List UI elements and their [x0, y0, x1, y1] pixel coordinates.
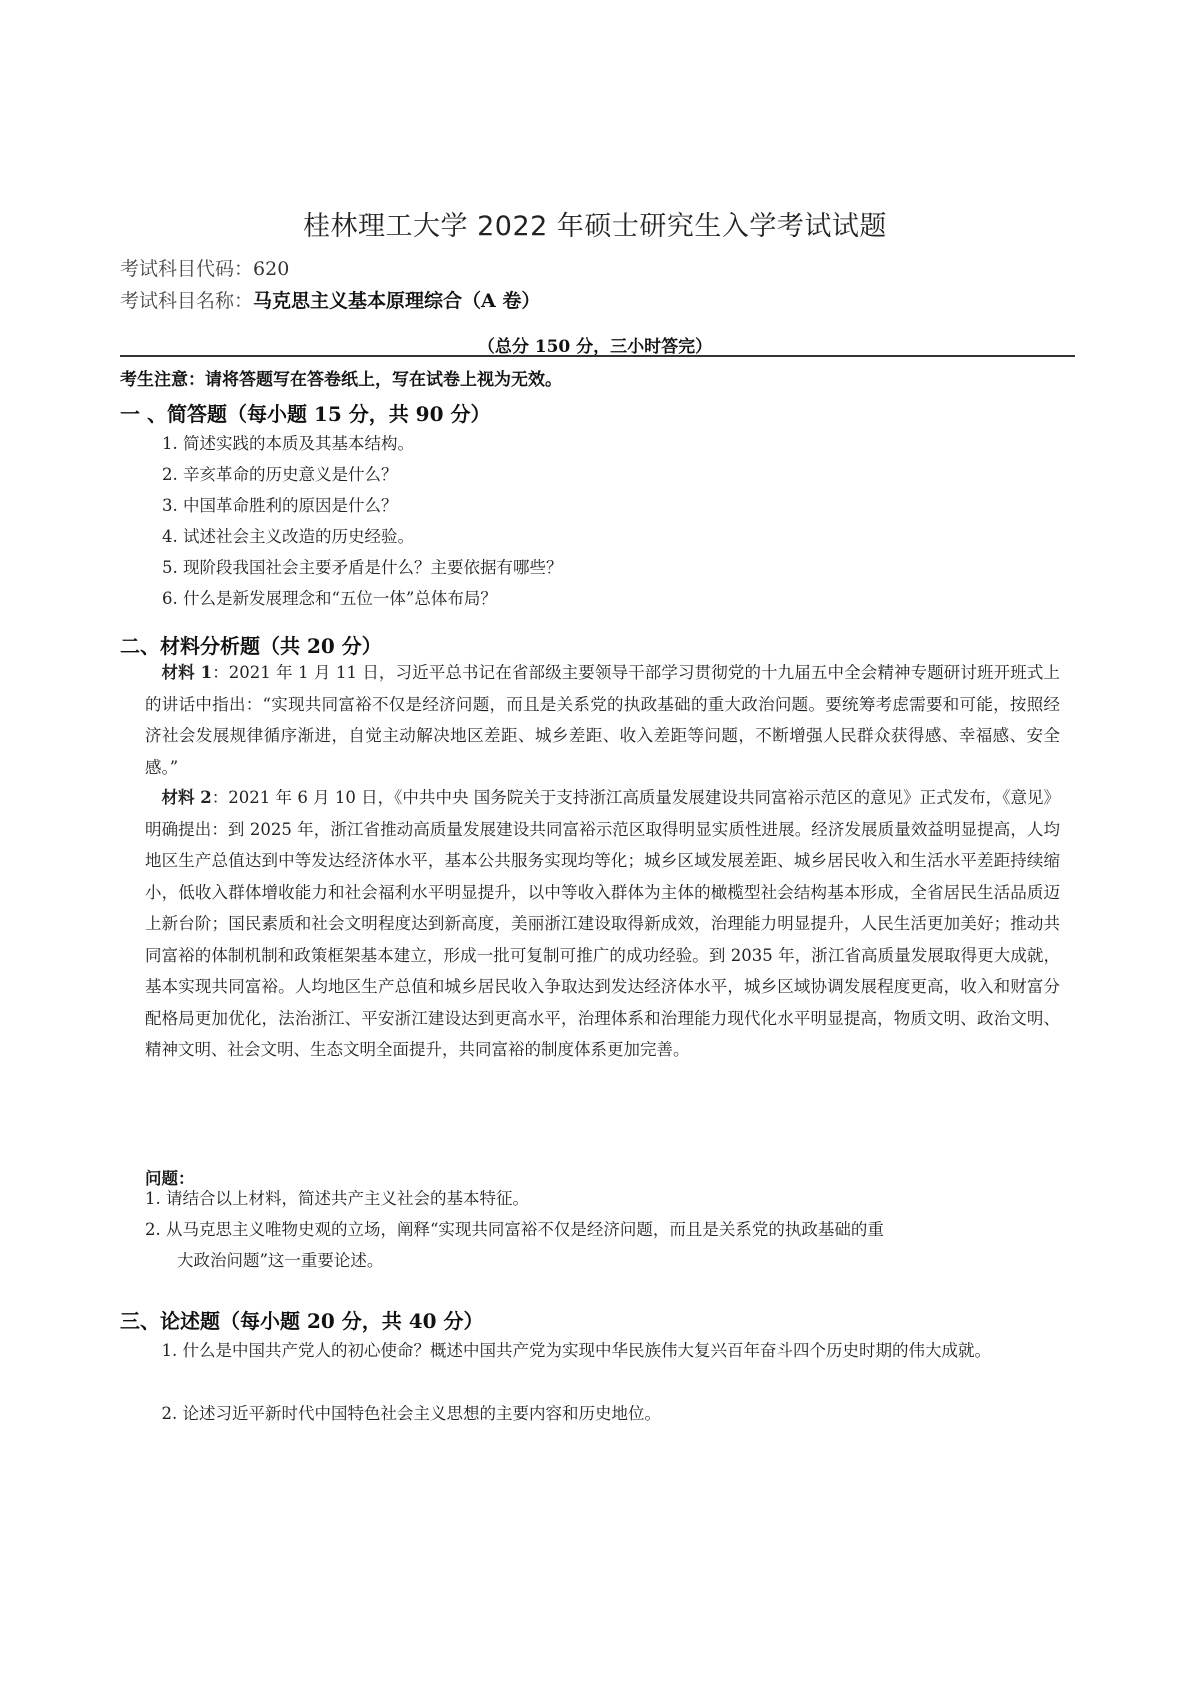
section1-question: 6. 什么是新发展理念和“五位一体”总体布局？ — [162, 585, 497, 609]
section3-question: 2. 论述习近平新时代中国特色社会主义思想的主要内容和历史地位。 — [145, 1398, 1065, 1430]
section1-question: 4. 试述社会主义改造的历史经验。 — [162, 523, 414, 547]
material-2: 材料 2：2021 年 6 月 10 日，《中共中央 国务院关于支持浙江高质量发… — [145, 782, 1060, 1066]
section1-question: 3. 中国革命胜利的原因是什么？ — [162, 492, 398, 516]
section1-heading: 一 、简答题（每小题 15 分，共 90 分） — [120, 398, 490, 427]
material-1-text: ：2021 年 1 月 11 日，习近平总书记在省部级主要领导干部学习贯彻党的十… — [145, 663, 1060, 777]
header-divider — [120, 355, 1075, 357]
material-2-label: 材料 2 — [162, 788, 212, 807]
section3-question: 1. 什么是中国共产党人的初心使命？概述中国共产党为实现中华民族伟大复兴百年奋斗… — [145, 1335, 1065, 1367]
subject-name-label: 考试科目名称： — [120, 290, 253, 312]
section2-problem: 1. 请结合以上材料，简述共产主义社会的基本特征。 — [145, 1183, 1065, 1215]
subject-code-label: 考试科目代码： — [120, 258, 253, 280]
score-note: （总分 150 分，三小时答完） — [0, 332, 1190, 357]
exam-title: 桂林理工大学 2022 年硕士研究生入学考试试题 — [0, 204, 1190, 243]
section3-heading: 三、论述题（每小题 20 分，共 40 分） — [120, 1305, 484, 1334]
exam-notice: 考生注意：请将答题写在答卷纸上，写在试卷上视为无效。 — [120, 365, 562, 390]
section2-heading: 二、材料分析题（共 20 分） — [120, 630, 382, 659]
section1-question: 5. 现阶段我国社会主要矛盾是什么？主要依据有哪些？ — [162, 554, 563, 578]
section2-problem-continued: 大政治问题”这一重要论述。 — [177, 1245, 1097, 1277]
subject-name: 考试科目名称：马克思主义基本原理综合（A 卷） — [120, 286, 540, 313]
section1-question: 1. 简述实践的本质及其基本结构。 — [162, 430, 414, 454]
section1-question: 2. 辛亥革命的历史意义是什么？ — [162, 461, 398, 485]
exam-page: 桂林理工大学 2022 年硕士研究生入学考试试题 考试科目代码：620 考试科目… — [0, 0, 1190, 1683]
subject-code: 考试科目代码：620 — [120, 254, 289, 281]
subject-name-value: 马克思主义基本原理综合（A 卷） — [253, 290, 540, 312]
material-1-label: 材料 1 — [162, 663, 213, 682]
subject-code-value: 620 — [253, 258, 289, 280]
material-1: 材料 1：2021 年 1 月 11 日，习近平总书记在省部级主要领导干部学习贯… — [145, 657, 1060, 783]
section2-problem: 2. 从马克思主义唯物史观的立场，阐释“实现共同富裕不仅是经济问题，而且是关系党… — [145, 1214, 1065, 1246]
material-2-text: ：2021 年 6 月 10 日，《中共中央 国务院关于支持浙江高质量发展建设共… — [145, 788, 1060, 1059]
